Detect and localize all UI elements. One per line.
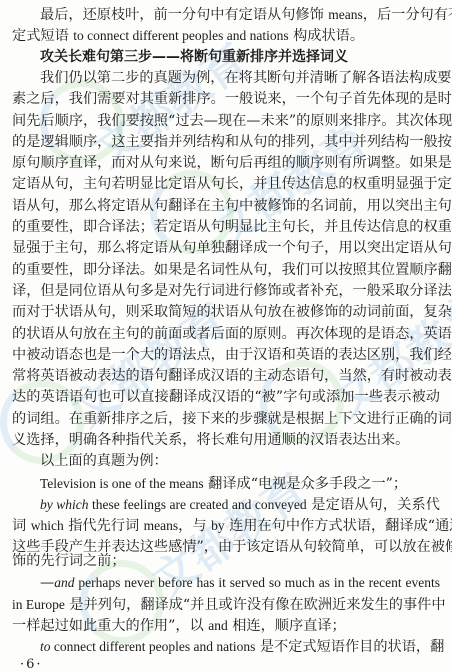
text-line: 译，但是同位语从句多是对先行词进行修饰或者补充，一般采取分译法；	[12, 281, 440, 302]
text-line: in Europe 是并列句，翻译成“并且或许没有像在欧洲近来发生的事件中	[12, 594, 440, 615]
text-line: 素之后，我们需要对其重新排序。一般说来，一个句子首先体现的是时	[12, 89, 440, 110]
book-page: 最后，还原枝叶，前一分句中有定语从句修饰 means，后一分句有不定式短语 to…	[0, 0, 452, 672]
text-line: to connect different peoples and nations…	[40, 636, 440, 657]
section-heading: 攻关长难句第三步——将断句重新排序并选择词义	[40, 47, 440, 68]
text-line: 一样起过如此重大的作用”，以 and 相连，顺序直译；	[12, 615, 440, 636]
text-line: 间先后顺序，我们要按照“过去—现在—未来”的原则来排序。其次体现	[12, 111, 440, 132]
text-line: 显强于主句，那么将定语从句单独翻译成一个句子，用以突出定语从句	[12, 238, 440, 259]
text-line: 原句顺序直译，而对从句来说，断句后再组的顺序则有所调整。如果是	[12, 153, 440, 174]
text-line: 定语从句，主句若明显比定语从句长，并且传达信息的权重明显强于定	[12, 174, 440, 195]
text-line: 最后，还原枝叶，前一分句中有定语从句修饰 means，后一分句有不	[40, 4, 440, 25]
text-line: 饰的先行词之前；	[12, 551, 440, 572]
text-line: 常将英语被动表达的语句翻译成汉语的主动态语句，当然，有时被动表	[12, 366, 440, 387]
text-line: by which these feelings are created and …	[40, 494, 440, 515]
text-line: —and perhaps never before has it served …	[40, 572, 440, 593]
text-line: 的词组。在重新排序之后，接下来的步骤就是根据上下文进行正确的词	[12, 409, 440, 430]
text-line: 以上面的真题为例：	[40, 451, 440, 472]
text-line: 我们仍以第二步的真题为例，在将其断句并清晰了解各语法构成要	[40, 68, 440, 89]
text-line: Television is one of the means 翻译成“电视是众多…	[40, 473, 440, 494]
text-line: 定式短语 to connect different peoples and na…	[12, 25, 440, 46]
text-line: 的重要性，即合译法；若定语从句明显比主句长，并且传达信息的权重明	[12, 217, 440, 238]
text-line: 中被动语态也是一个大的语法点，由于汉语和英语的表达区别，我们经	[12, 345, 440, 366]
text-line: 达的英语语句也可以直接翻译成汉语的“被”字句或添加一些表示被动	[12, 387, 440, 408]
text-line: 义选择，明确各种指代关系，将长难句用通顺的汉语表达出来。	[12, 430, 440, 451]
text-line: 的是逻辑顺序，这主要指并列结构和从句的排列，其中并列结构一般按	[12, 132, 440, 153]
text-line: 词 which 指代先行词 means，与 by 连用在句中作方式状语，翻译成“…	[12, 515, 440, 536]
text-line: 而对于状语从句，则采取简短的状语从句放在被修饰的动词前面，复杂	[12, 302, 440, 323]
text-line: 的状语从句放在主句的前面或者后面的原则。再次体现的是语态，英语	[12, 324, 440, 345]
text-line: 语从句，那么将定语从句翻译在主句中被修饰的名词前，用以突出主句	[12, 196, 440, 217]
text-line: 的重要性，即分译法。如果是名词性从句，我们可以按照其位置顺序翻	[12, 260, 440, 281]
